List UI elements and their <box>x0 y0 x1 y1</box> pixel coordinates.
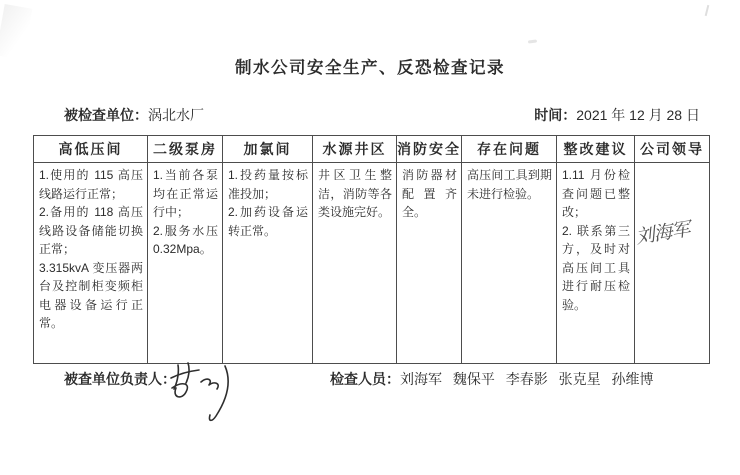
cell-rectification-suggestions: 1.11 月份检查问题已整改； 2. 联系第三方，及时对高压间工具进行耐压检验。 <box>557 163 635 364</box>
scan-smudge <box>705 5 710 16</box>
table-header-row: 高低压间 二级泵房 加氯间 水源井区 消防安全 存在问题 整改建议 公司领导 <box>34 136 710 163</box>
header-high-low-voltage-room: 高低压间 <box>34 136 148 163</box>
inspection-table: 高低压间 二级泵房 加氯间 水源井区 消防安全 存在问题 整改建议 公司领导 1… <box>33 135 710 364</box>
header-chlorination-room: 加氯间 <box>223 136 313 163</box>
inspectors-line: 检查人员：刘海军 魏保平 李春影 张克星 孙维博 <box>330 369 654 389</box>
inspectors-label: 检查人员： <box>330 371 400 387</box>
inspected-unit-label: 被检查单位： <box>64 107 148 123</box>
header-secondary-pump-room: 二级泵房 <box>148 136 223 163</box>
inspected-unit-value: 涡北水厂 <box>148 107 204 123</box>
header-rectification-suggestions: 整改建议 <box>557 136 635 163</box>
responsible-person-line: 被查单位负责人： <box>64 369 176 389</box>
cell-secondary-pump-room: 1.当前各泵均在正常运行中； 2.服务水压 0.32Mpa。 <box>148 163 223 364</box>
cell-chlorination-room: 1.投药量按标准投加； 2.加药设备运转正常。 <box>223 163 313 364</box>
cell-water-source-wells: 井区卫生整洁，消防等各类设施完好。 <box>313 163 397 364</box>
cell-high-low-voltage-room: 1.使用的 115 高压线路运行正常； 2.备用的 118 高压线路设备储能切换… <box>34 163 148 364</box>
scanned-inspection-record: 制水公司安全生产、反恐检查记录 被检查单位：涡北水厂 时间：2021 年 12 … <box>0 0 740 475</box>
table-body-row: 1.使用的 115 高压线路运行正常； 2.备用的 118 高压线路设备储能切换… <box>34 163 710 364</box>
cell-fire-safety: 消防器材配置齐全。 <box>397 163 462 364</box>
company-leader-signature: 刘海军 <box>637 221 692 248</box>
scan-smudge <box>0 4 32 60</box>
header-water-source-wells: 水源井区 <box>313 136 397 163</box>
header-existing-problems: 存在问题 <box>462 136 557 163</box>
cell-existing-problems: 高压间工具到期未进行检验。 <box>462 163 557 364</box>
header-company-leader: 公司领导 <box>635 136 710 163</box>
inspectors-names: 刘海军 魏保平 李春影 张克星 孙维博 <box>400 371 654 387</box>
scan-smudge <box>528 39 537 43</box>
inspection-time: 时间：2021 年 12 月 28 日 <box>534 106 700 124</box>
responsible-person-signature <box>163 356 258 431</box>
time-value: 2021 年 12 月 28 日 <box>576 107 700 123</box>
info-row: 被检查单位：涡北水厂 时间：2021 年 12 月 28 日 <box>64 106 700 124</box>
inspected-unit: 被检查单位：涡北水厂 <box>64 106 204 124</box>
responsible-person-label: 被查单位负责人： <box>64 371 176 387</box>
time-label: 时间： <box>534 107 576 123</box>
header-fire-safety: 消防安全 <box>397 136 462 163</box>
handwritten-signature-icon <box>163 356 258 426</box>
document-title: 制水公司安全生产、反恐检查记录 <box>0 54 740 78</box>
cell-company-leader: 刘海军 <box>635 163 710 364</box>
